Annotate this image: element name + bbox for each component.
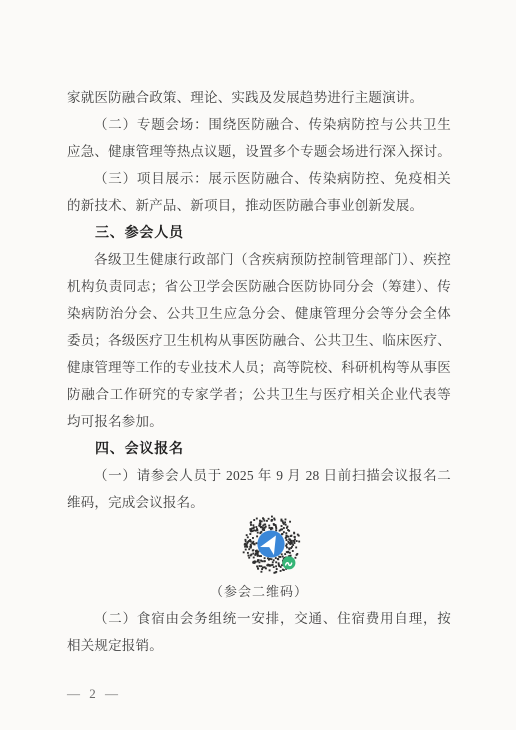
section-heading: 四、会议报名 bbox=[67, 435, 451, 462]
text-line: （二）专题会场：围绕医防融合、传染病防控与公共卫生 bbox=[67, 111, 451, 138]
text-line: （三）项目展示：展示医防融合、传染病防控、免疫相关 bbox=[67, 165, 451, 192]
qr-caption: （参会二维码） bbox=[67, 578, 451, 605]
text-line: 委员；各级医疗卫生机构从事医防融合、公共卫生、临床医疗、 bbox=[67, 327, 451, 354]
text-line: 染病防治分会、公共卫生应急分会、健康管理分会等分会全体 bbox=[67, 300, 451, 327]
text-line: 的新技术、新产品、新项目，推动医防融合事业创新发展。 bbox=[67, 192, 451, 219]
text-line: 健康管理等工作的专业技术人员；高等院校、科研机构等从事医 bbox=[67, 354, 451, 381]
registration-qr-code bbox=[240, 514, 302, 576]
text-line: 防融合工作研究的专家学者；公共卫生与医疗相关企业代表等 bbox=[67, 381, 451, 408]
section-heading: 三、参会人员 bbox=[67, 219, 451, 246]
text-line: （二）食宿由会务组统一安排，交通、住宿费用自理，按 bbox=[67, 605, 451, 632]
document-page: { "document": { "colors": { "background"… bbox=[0, 0, 516, 730]
text-line: 家就医防融合政策、理论、实践及发展趋势进行主题演讲。 bbox=[67, 84, 451, 111]
text-line: 维码，完成会议报名。 bbox=[67, 489, 451, 516]
document-body: 家就医防融合政策、理论、实践及发展趋势进行主题演讲。（二）专题会场：围绕医防融合… bbox=[67, 84, 451, 659]
text-line: 均可报名参加。 bbox=[67, 408, 451, 435]
text-line: 机构负责同志；省公卫学会医防融合医防协同分会（筹建）、传 bbox=[67, 273, 451, 300]
text-line: 各级卫生健康行政部门（含疾病预防控制管理部门）、疾控 bbox=[67, 246, 451, 273]
text-line: 应急、健康管理等热点议题，设置多个专题会场进行深入探讨。 bbox=[67, 138, 451, 165]
text-line: （一）请参会人员于 2025 年 9 月 28 日前扫描会议报名二 bbox=[67, 462, 451, 489]
qr-code-block bbox=[67, 516, 451, 578]
qr-code-inner bbox=[240, 514, 302, 581]
page-number: — 2 — bbox=[67, 684, 121, 704]
scanned-notice-page: 家就医防融合政策、理论、实践及发展趋势进行主题演讲。（二）专题会场：围绕医防融合… bbox=[0, 0, 516, 730]
text-line: 相关规定报销。 bbox=[67, 632, 451, 659]
